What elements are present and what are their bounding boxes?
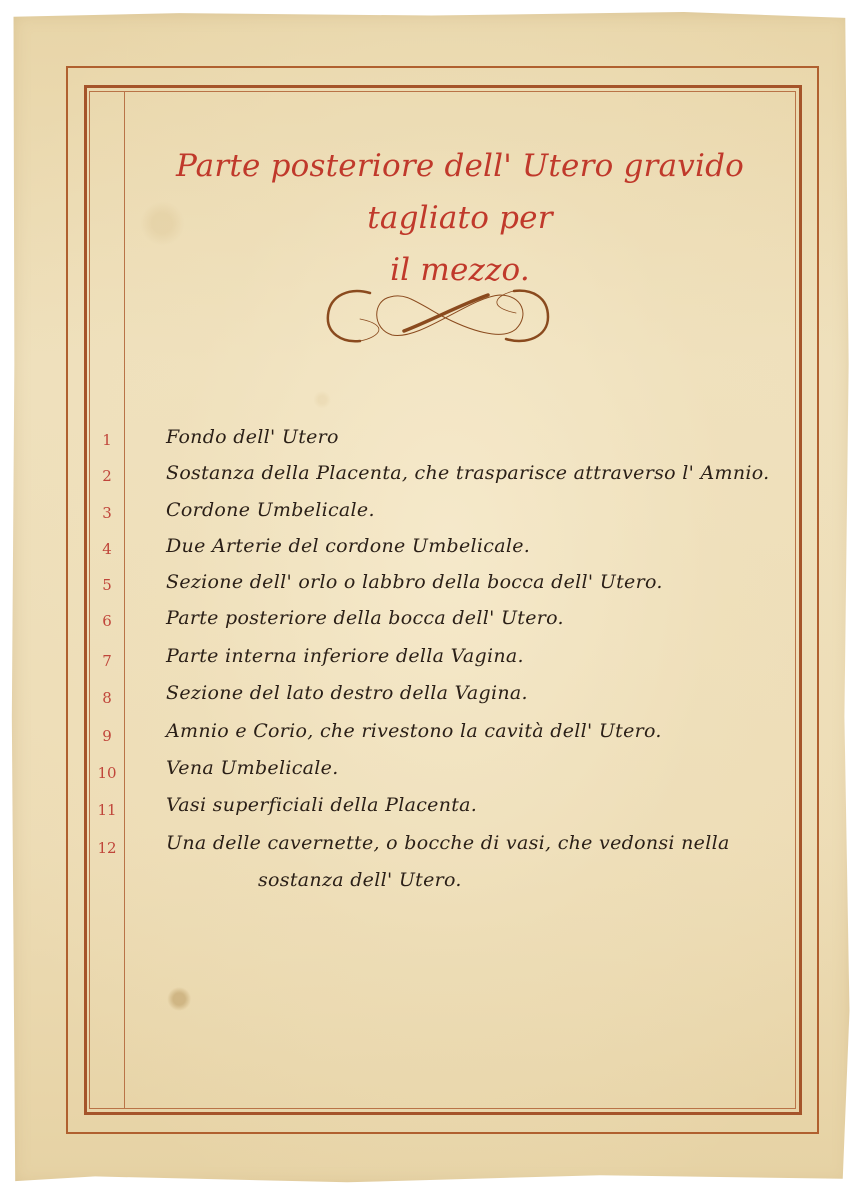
legend-list: 1 Fondo dell' Utero 2 Sostanza della Pla… — [0, 0, 864, 1200]
item-number: 10 — [87, 764, 127, 782]
item-text: Amnio e Corio, che rivestono la cavità d… — [166, 720, 662, 742]
item-text: Fondo dell' Utero — [166, 426, 339, 448]
item-text: Due Arterie del cordone Umbelicale. — [166, 535, 530, 557]
item-text: Sostanza della Placenta, che trasparisce… — [166, 462, 769, 484]
item-number: 7 — [87, 652, 127, 670]
item-text: Sezione dell' orlo o labbro della bocca … — [166, 571, 663, 593]
item-number: 3 — [87, 504, 127, 522]
item-text: Sezione del lato destro della Vagina. — [166, 682, 528, 704]
item-number: 8 — [87, 689, 127, 707]
item-number: 11 — [87, 801, 127, 819]
item-text: Vasi superficiali della Placenta. — [166, 794, 477, 816]
item-text: Cordone Umbelicale. — [166, 499, 375, 521]
item-number: 2 — [87, 467, 127, 485]
item-text: Una delle cavernette, o bocche di vasi, … — [166, 832, 730, 854]
item-number: 12 — [87, 839, 127, 857]
item-number: 1 — [87, 431, 127, 449]
item-text: Parte posteriore della bocca dell' Utero… — [166, 607, 564, 629]
item-number: 5 — [87, 576, 127, 594]
item-text: Vena Umbelicale. — [166, 757, 339, 779]
item-number: 6 — [87, 612, 127, 630]
item-number: 9 — [87, 727, 127, 745]
item-text: Parte interna inferiore della Vagina. — [166, 645, 524, 667]
item-text-continuation: sostanza dell' Utero. — [258, 869, 462, 891]
item-number: 4 — [87, 540, 127, 558]
